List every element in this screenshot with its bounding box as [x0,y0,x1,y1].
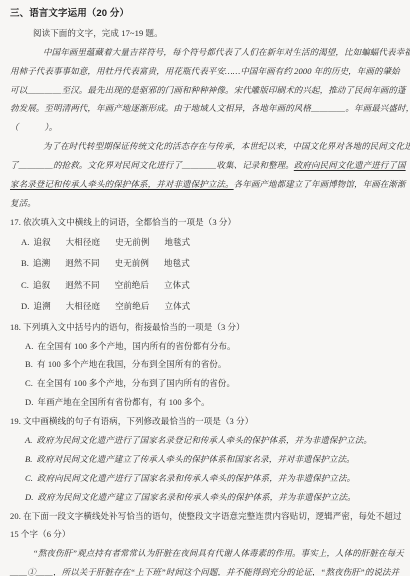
option-label: B. [21,258,29,268]
option-label: A. [25,341,33,351]
option-word: 追溯 [33,301,50,311]
question-19-option-b: B.政府对民间文化遗产建立了传承人牵头的保护体系和国家名录，并对非遗保护立法。 [10,450,398,469]
option-text: 政府为民间文化遗产建立了国家名录和传承人牵头的保护体系，并为非遗保护立法。 [37,492,355,502]
option-word: 追溯 [33,258,50,268]
underlined-sentence-part-1: 政府向民间文化遗产进行了国 [294,160,406,170]
question-20-passage-line-1: “熬夜伤肝”观点持有者常常认为肝脏在夜间具有代谢人体毒素的作用。事实上，人体的肝… [10,544,398,563]
passage2-line-4: 复活。 [10,194,398,213]
option-word: 空前绝后 [115,301,149,311]
passage2-line-1: 为了在时代转型期保证传统文化的活态存在与传承，本世纪以来，中国文化界对各地的民间… [10,137,398,156]
passage2-line-3: 家名录登记和传承人牵头的保护体系，并对非遗保护立法。各年画产地都建立了年画博物馆… [10,175,398,194]
underlined-sentence-part-2: 家名录登记和传承人牵头的保护体系，并对非遗保护立法。 [10,179,234,189]
question-18-option-d: D.年画产地在全国所有省份都有，有 100 多个。 [10,393,398,412]
option-text: 有 100 多个产地在我国，分布到全国所有的省份。 [37,359,227,369]
question-19-option-c: C.政府向民间文化遗产进行了国家名录和传承人牵头的保护体系，并为非遗保护立法。 [10,469,398,488]
question-18-stem: 18. 下列填入文中括号内的语句，衔接最恰当的一项是（3 分） [10,318,398,337]
question-17-option-a: A.追叙大相径庭史无前例地毯式 [10,232,398,254]
option-text: 年画产地在全国所有省份都有，有 100 多个。 [37,397,209,407]
question-18-option-c: C.在全国有 100 多个产地，分布到了国内所有的省份。 [10,374,398,393]
option-text: 政府对民间文化遗产建立了传承人牵头的保护体系和国家名录，并对非遗保护立法。 [37,454,355,464]
option-word: 地毯式 [164,237,190,247]
option-word: 迥然不同 [65,258,99,268]
option-word: 迥然不同 [65,280,99,290]
option-word: 史无前例 [115,258,149,268]
option-word: 史无前例 [115,237,149,247]
passage1-line-4: 勃发展。至明清两代，年画产地逐渐形成。由于地域人文相异，各地年画的风格＿＿＿＿。… [10,99,398,118]
section-heading: 三、语言文字运用（20 分） [10,5,398,24]
question-20-stem-line-2: 15 个字（6 分） [10,525,398,544]
option-label: C. [21,280,29,290]
exam-page: 三、语言文字运用（20 分） 阅读下面的文字，完成 17~19 题。 中国年画里… [0,0,410,576]
passage2-line-2-normal: 了＿＿＿＿的抢救。文化界对民间文化进行了＿＿＿＿收集、记录和整理。 [10,160,294,170]
option-label: B. [25,359,33,369]
passage2-line-3-normal: 各年画产地都建立了年画博物馆，年画在渐渐 [234,179,406,189]
question-20-stem-line-1: 20. 在下面一段文字横线处补写恰当的语句，使整段文字语意完整连贯内容贴切，逻辑… [10,507,398,526]
option-label: D. [25,397,33,407]
option-text: 政府为民间文化遗产进行了国家名录登记和传承人牵头的保护体系，并为非遗保护立法。 [37,435,372,445]
option-word: 地毯式 [164,258,190,268]
option-text: 在全国有 100 多个产地，分布到了国内所有的省份。 [37,378,235,388]
passage1-bracket-line: （ ）。 [10,118,398,137]
question-19-option-a: A.政府为民间文化遗产进行了国家名录登记和传承人牵头的保护体系，并为非遗保护立法… [10,431,398,450]
option-word: 追叙 [33,280,50,290]
option-label: C. [25,473,33,483]
option-label: B. [25,454,33,464]
passage1-line-3: 可以＿＿＿＿至汉。最先出现的是驱邪的门画和种种神像。宋代雕版印刷术的兴起，推动了… [10,81,398,100]
question-20-passage-line-2: ＿＿①＿＿，所以关于肝脏存在“上下班”时间这个问题，并不能得到充分的论证，“熬夜… [10,563,398,576]
option-word: 立体式 [164,280,190,290]
question-17-option-b: B.追溯迥然不同史无前例地毯式 [10,253,398,275]
option-word: 空前绝后 [115,280,149,290]
option-word: 大相径庭 [66,237,100,247]
question-17-option-c: C.追叙迥然不同空前绝后立体式 [10,275,398,297]
option-label: A. [21,237,29,247]
question-17-stem: 17. 依次填入文中横线上的词语，全都恰当的一项是（3 分） [10,213,398,232]
passage1-line-1: 中国年画里蕴藏着大量吉祥符号，每个符号都代表了人们在新年对生活的渴望，比如蝙蝠代… [10,43,398,62]
option-label: D. [25,492,33,502]
option-label: C. [25,378,33,388]
reading-instruction: 阅读下面的文字，完成 17~19 题。 [10,24,398,43]
passage1-line-2: 用柿子代表事事如意，用牡丹代表富贵，用花瓶代表平安……中国年画有约 2000 年… [10,62,398,81]
option-text: 政府向民间文化遗产进行了国家名录和传承人牵头的保护体系，并为非遗保护立法。 [37,473,355,483]
option-label: D. [21,301,29,311]
passage2-line-2: 了＿＿＿＿的抢救。文化界对民间文化进行了＿＿＿＿收集、记录和整理。政府向民间文化… [10,156,398,175]
question-19-stem: 19. 文中画横线的句子有语病，下列修改最恰当的一项是（3 分） [10,412,398,431]
question-18-option-b: B.有 100 多个产地在我国，分布到全国所有的省份。 [10,355,398,374]
question-18-option-a: A.在全国有 100 多个产地，国内所有的省份都有分布。 [10,337,398,356]
option-label: A. [25,435,33,445]
question-19-option-d: D.政府为民间文化遗产建立了国家名录和传承人牵头的保护体系，并为非遗保护立法。 [10,488,398,507]
option-word: 追叙 [33,237,50,247]
option-text: 在全国有 100 多个产地，国内所有的省份都有分布。 [37,341,235,351]
option-word: 立体式 [164,301,190,311]
option-word: 大相径庭 [66,301,100,311]
question-17-option-d: D.追溯大相径庭空前绝后立体式 [10,296,398,318]
